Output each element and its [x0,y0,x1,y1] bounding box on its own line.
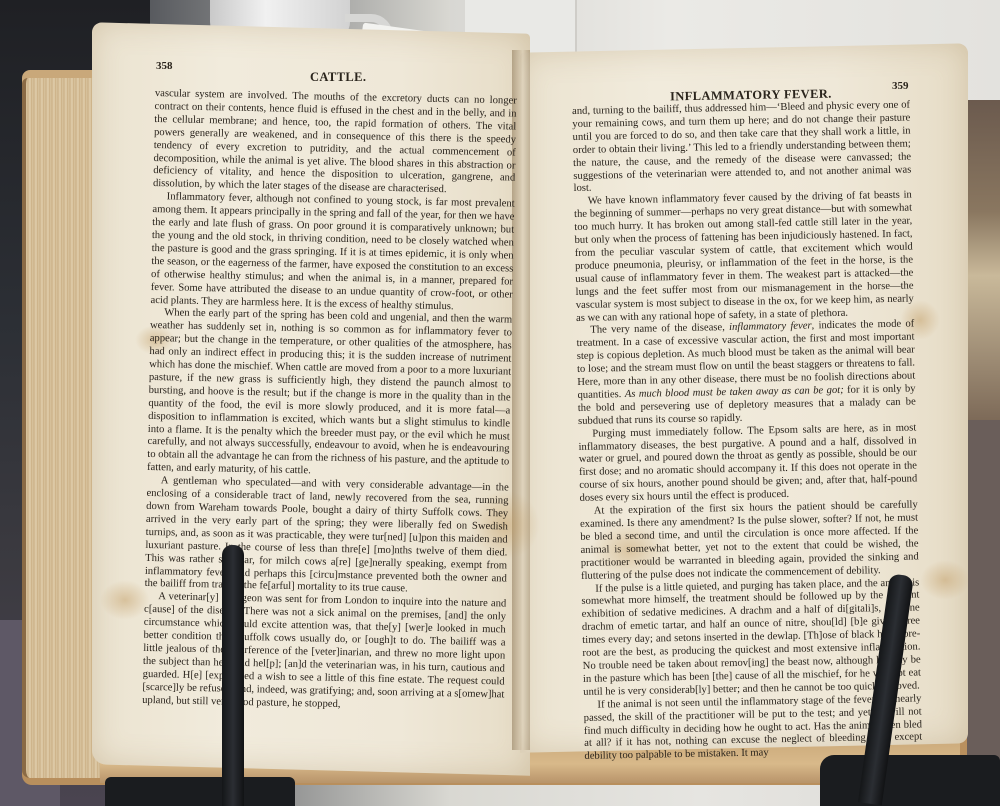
book-holder-arm-left [222,545,244,806]
paragraph: If the pulse is a little quieted, and pu… [581,577,921,700]
paragraph: At the expiration of the first six hours… [580,500,919,584]
paragraph: and, turning to the bailiff, thus addres… [572,100,912,197]
left-page-number: 358 [156,60,173,72]
water-stain [920,560,970,600]
left-running-head: CATTLE. [310,70,366,85]
paragraph: The very name of the disease, inflammato… [576,319,916,429]
book-holder-foot-right [820,755,1000,806]
book-holder-foot-left [105,777,295,806]
paragraph: vascular system are involved. The mouths… [153,88,517,199]
background-books [965,100,1000,420]
right-page-text: and, turning to the bailiff, thus addres… [572,100,923,765]
right-page-number: 359 [892,80,909,92]
left-page-text: vascular system are involved. The mouths… [142,88,517,715]
paragraph: A veterinar[y] [su]rgeon was sent for fr… [142,591,506,715]
paragraph: When the early part of the spring has be… [147,307,512,482]
water-stain [100,580,150,620]
paragraph: Inflammatory fever, although not confine… [150,191,514,315]
paragraph: We have known inflammatory fever caused … [574,190,914,326]
text-run: The very name of the disease, [590,322,729,336]
italic-text: inflammatory fever [729,321,812,334]
paragraph: A gentleman who speculated—and with very… [144,475,508,599]
paragraph: Purging must immediately follow. The Eps… [578,422,917,506]
